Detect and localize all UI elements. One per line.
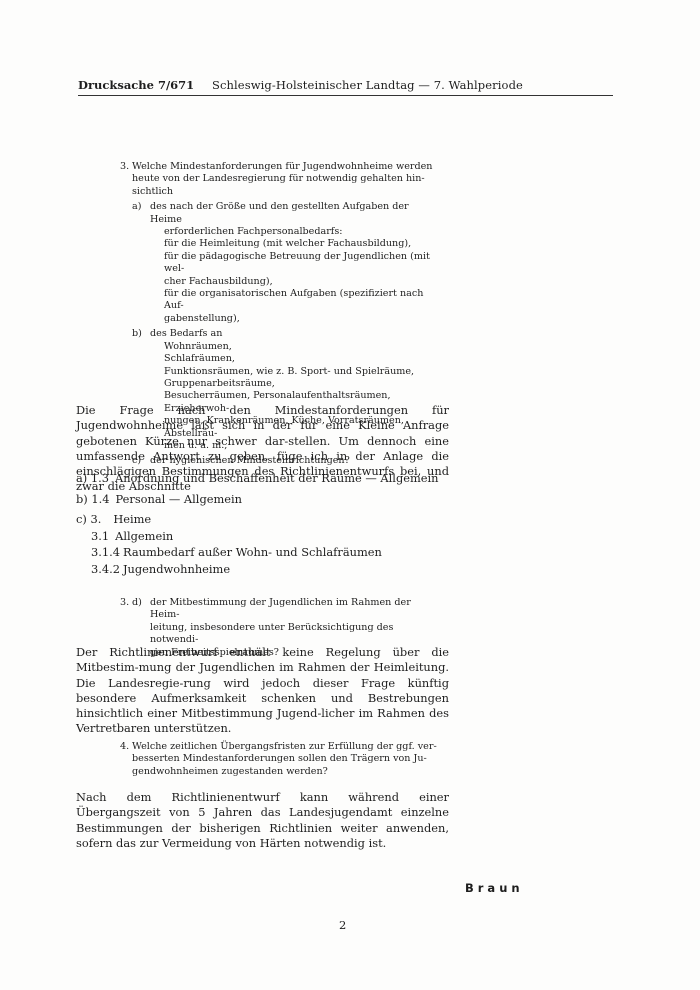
list-item: c) 3.Heime	[76, 511, 439, 528]
q-line: sichtlich	[132, 186, 438, 198]
q-line: gabenstellung),	[150, 313, 438, 325]
q-line: Welche zeitlichen Übergangsfristen zur E…	[132, 741, 438, 753]
document-number: Drucksache 7/671	[78, 78, 212, 92]
question-3a: a) des nach der Größe und den gestellten…	[132, 201, 438, 325]
list-label: 3.1	[91, 529, 109, 543]
sub-label: b)	[132, 328, 142, 340]
question-number: 3.	[120, 161, 129, 173]
question-number: 3.	[120, 597, 129, 609]
sub-label: a)	[132, 201, 141, 213]
sub-label: d)	[132, 597, 142, 609]
list-text: Raumbedarf außer Wohn- und Schlafräumen	[123, 545, 382, 559]
q-line: des Bedarfs an	[150, 328, 438, 340]
list-label: a) 1.3	[76, 471, 109, 485]
question-number: 4.	[120, 741, 129, 753]
answer-3d-paragraph: Der Richtlinienentwurf enthält keine Reg…	[76, 645, 449, 737]
header-title: Schleswig-Holsteinischer Landtag — 7. Wa…	[212, 78, 523, 92]
signature: Braun	[465, 881, 524, 895]
list-item: 3.1Allgemein	[76, 528, 439, 545]
question-4: 4. Welche zeitlichen Übergangsfristen zu…	[120, 741, 438, 778]
list-text: Heime	[113, 512, 151, 526]
list-text: Jugendwohnheime	[123, 562, 230, 576]
q-line: des nach der Größe und den gestellten Au…	[150, 201, 438, 226]
list-label: 3.4.2	[91, 562, 120, 576]
answer-4-paragraph: Nach dem Richtlinienentwurf kann während…	[76, 790, 449, 851]
q-line: cher Fachausbildung),	[150, 276, 438, 288]
list-item: a) 1.3Anordnung und Beschaffenheit der R…	[76, 470, 439, 487]
list-text: Allgemein	[115, 529, 173, 543]
page-header: Drucksache 7/671 Schleswig-Holsteinische…	[78, 78, 613, 96]
list-label: 3.1.4	[91, 545, 120, 559]
list-item: b) 1.4Personal — Allgemein	[76, 491, 439, 508]
list-text: Personal — Allgemein	[115, 492, 242, 506]
q-line: leitung, insbesondere unter Berücksichti…	[150, 622, 438, 647]
q-line: der Mitbestimmung der Jugendlichen im Ra…	[150, 597, 438, 622]
list-text: Anordnung und Beschaffenheit der Räume —…	[115, 471, 439, 485]
q-line: für die pädagogische Betreuung der Jugen…	[150, 251, 438, 276]
q-line: für die Heimleitung (mit welcher Fachaus…	[150, 238, 438, 250]
q-line: heute von der Landesregierung für notwen…	[132, 173, 438, 185]
q-line: Welche Mindestanforderungen für Jugendwo…	[132, 161, 438, 173]
q-line: Schlafräumen,	[150, 353, 438, 365]
q-line: für die organisatorischen Aufgaben (spez…	[150, 288, 438, 313]
q-line: Funktionsräumen, wie z. B. Sport- und Sp…	[150, 366, 438, 378]
q-line: gendwohnheimen zugestanden werden?	[132, 766, 438, 778]
list-item: 3.4.2Jugendwohnheime	[76, 561, 439, 578]
list-label: c) 3.	[76, 512, 101, 526]
list-item: 3.1.4Raumbedarf außer Wohn- und Schlafrä…	[76, 544, 439, 561]
q-line: erforderlichen Fachpersonalbedarfs:	[150, 226, 438, 238]
q-line: Gruppenarbeitsräume,	[150, 378, 438, 390]
q-line: besserten Mindestanforderungen sollen de…	[132, 753, 438, 765]
section-list: a) 1.3Anordnung und Beschaffenheit der R…	[76, 470, 439, 577]
list-label: b) 1.4	[76, 492, 109, 506]
q-line: Wohnräumen,	[150, 341, 438, 353]
page-number: 2	[339, 918, 346, 932]
